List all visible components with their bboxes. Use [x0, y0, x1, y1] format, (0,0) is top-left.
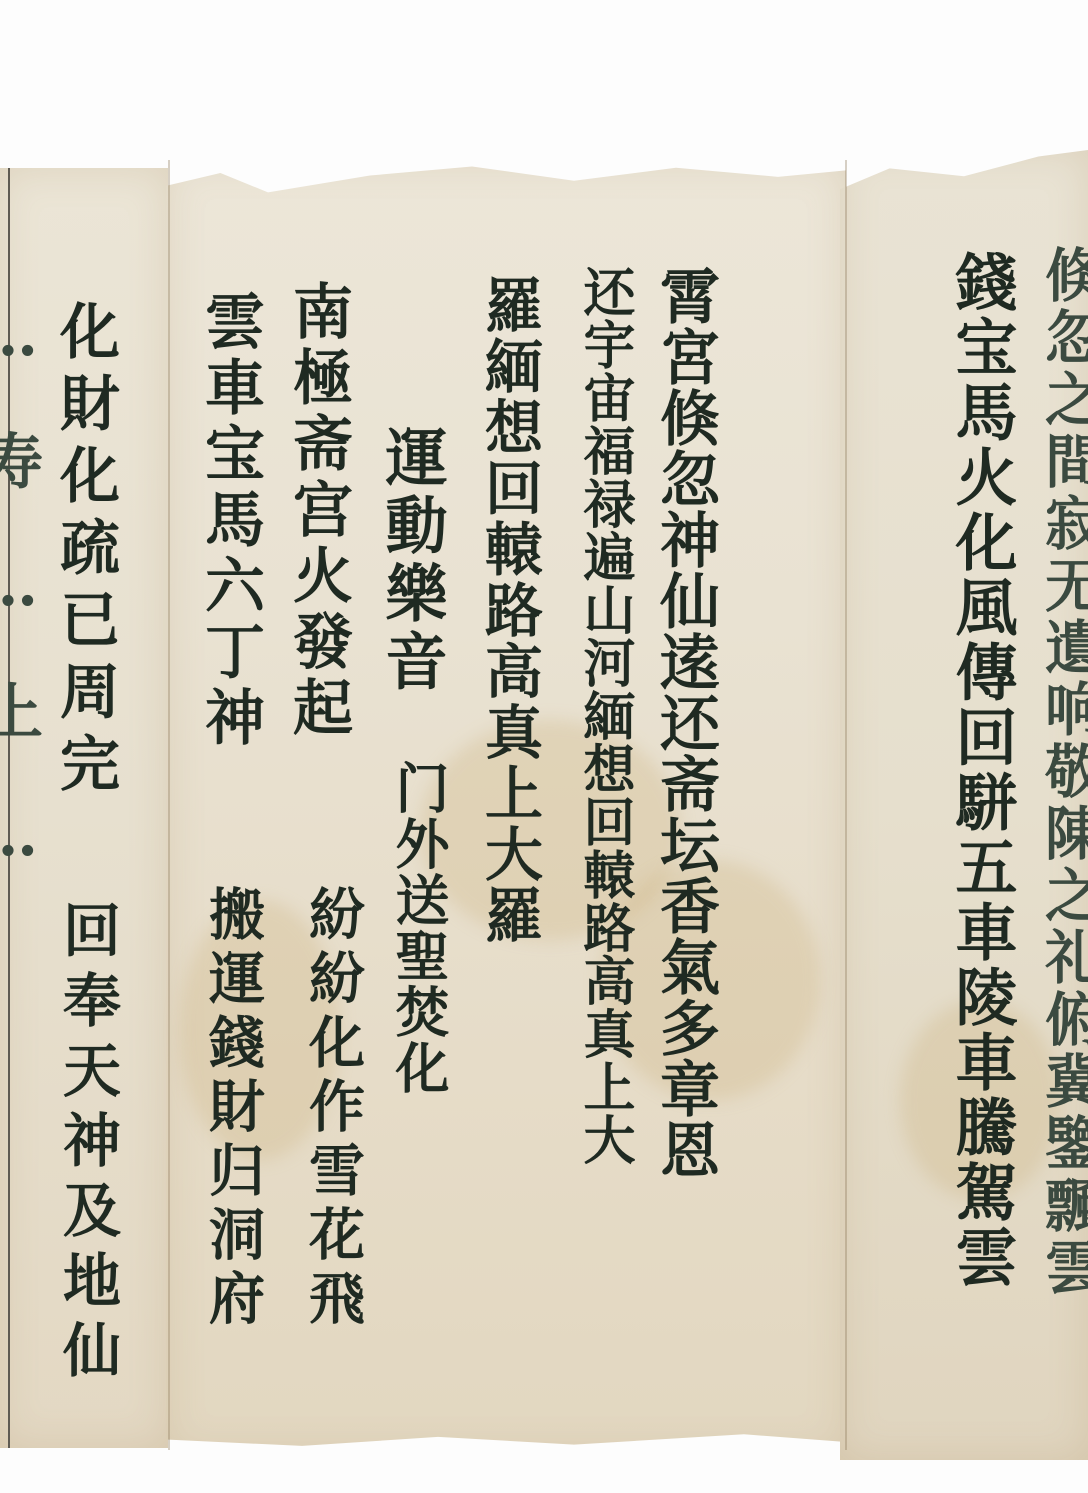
text-column-m6a: 雲車宝馬六丁神: [200, 290, 260, 752]
text-column-r1: 錢宝馬火化風傳回駢五車陵車騰駕雲: [950, 250, 1012, 1290]
fold-line: [168, 160, 170, 1450]
text-column-m1: 霄宮倏忽神仙逺还斋坛香氣多章恩: [655, 265, 715, 1180]
text-column-m5a: 南極斋宫火發起: [288, 280, 348, 742]
text-column-left-edge: …寿…上…: [0, 300, 38, 930]
text-column-l1a: 化財化疏已周完: [55, 300, 115, 804]
text-column-right-edge: 倏忽之間寂无遺响敬陳之礼俯冀鑒飄雲: [1040, 245, 1088, 1299]
text-column-m3: 羅緬想回轅路高真上大羅: [480, 275, 538, 946]
text-column-m6b: 搬運錢財归洞府: [205, 885, 261, 1333]
text-column-m5b: 紛紛化作雪花飛: [305, 885, 361, 1333]
text-column-l1b: 回奉天神及地仙: [58, 900, 116, 1390]
text-column-m2: 还宇宙福禄遍山河緬想回轅路高真上大: [578, 265, 630, 1166]
text-column-m4a: 運動樂音: [380, 425, 442, 697]
text-column-m4b: 门外送聖焚化: [392, 760, 446, 1096]
fold-line: [845, 160, 847, 1450]
